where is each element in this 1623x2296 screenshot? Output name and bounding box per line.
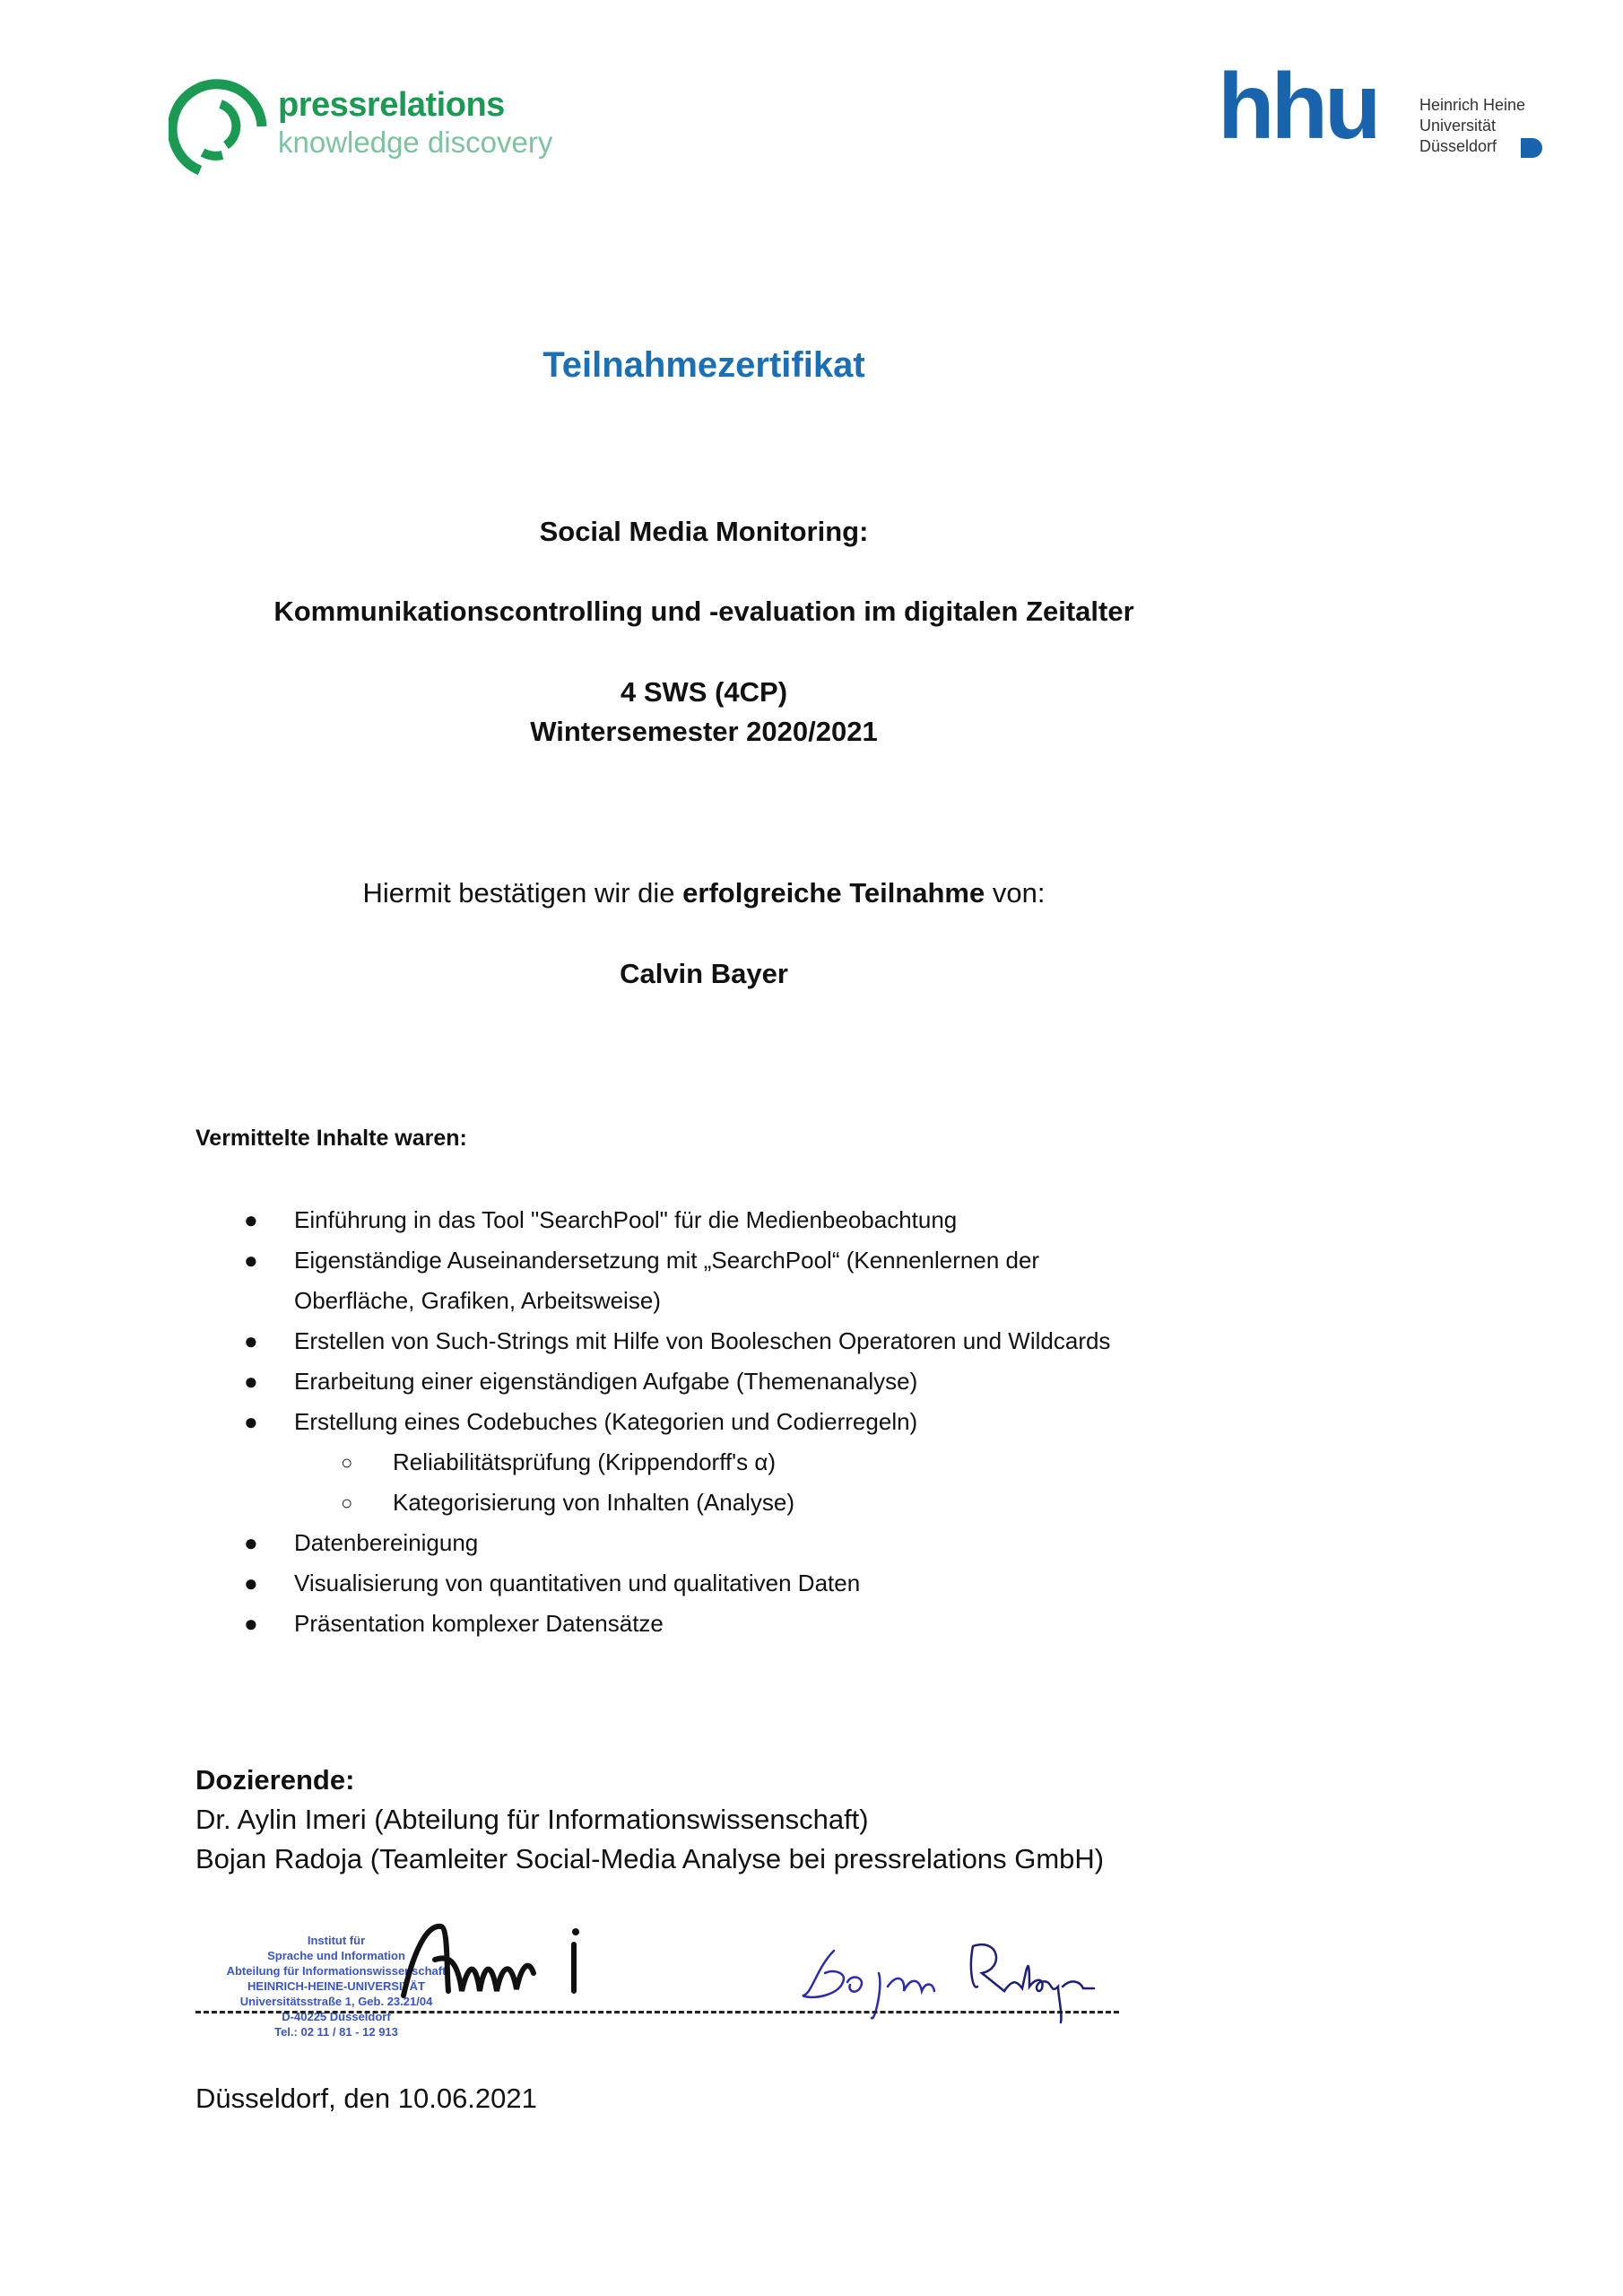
pressrelations-logo: pressrelations knowledge discovery <box>169 77 581 176</box>
certificate-title: Teilnahmezertifikat <box>0 345 1408 386</box>
hhu-logo: hhu Heinrich Heine Universität Düsseldor… <box>1218 79 1549 169</box>
list-item: Oberfläche, Grafiken, Arbeitsweise) <box>195 1281 1271 1321</box>
pressrelations-name: pressrelations <box>278 86 505 125</box>
circle-bullet-icon: ○ <box>341 1483 352 1523</box>
list-item: ○Kategorisierung von Inhalten (Analyse) <box>195 1483 1271 1523</box>
hhu-dot-icon <box>1521 138 1542 158</box>
lecturers-heading: Dozierende: <box>195 1764 354 1796</box>
list-item: ●Visualisierung von quantitativen und qu… <box>195 1563 1271 1604</box>
list-item: ●Erstellen von Such-Strings mit Hilfe vo… <box>195 1321 1271 1361</box>
contents-heading: Vermittelte Inhalte waren: <box>195 1126 467 1152</box>
list-item: ○Reliabilitätsprüfung (Krippendorff's α) <box>195 1442 1271 1483</box>
pressrelations-tagline: knowledge discovery <box>278 126 552 160</box>
place-date: Düsseldorf, den 10.06.2021 <box>195 2083 537 2115</box>
lecturer-imeri: Dr. Aylin Imeri (Abteilung für Informati… <box>195 1804 869 1836</box>
signature-imeri-icon <box>386 1919 619 2009</box>
circle-bullet-icon: ○ <box>341 1442 352 1483</box>
lecturer-radoja: Bojan Radoja (Teamleiter Social-Media An… <box>195 1843 1104 1875</box>
bullet-icon: ● <box>244 1200 258 1240</box>
course-subtitle: Kommunikationscontrolling und -evaluatio… <box>0 596 1408 628</box>
list-item: ●Erstellung eines Codebuches (Kategorien… <box>195 1402 1271 1442</box>
bullet-icon: ● <box>244 1523 258 1563</box>
list-item: ●Eigenständige Auseinandersetzung mit „S… <box>195 1240 1271 1281</box>
signature-line <box>195 2011 1119 2013</box>
list-item: ●Einführung in das Tool "SearchPool" für… <box>195 1200 1271 1240</box>
course-credits: 4 SWS (4CP) <box>0 676 1408 709</box>
bullet-icon: ● <box>244 1563 258 1604</box>
course-semester: Wintersemester 2020/2021 <box>0 716 1408 748</box>
list-item: ●Datenbereinigung <box>195 1523 1271 1563</box>
bullet-icon: ● <box>244 1321 258 1361</box>
bullet-icon: ● <box>244 1604 258 1644</box>
signature-radoja-icon <box>798 1933 1121 2031</box>
contents-list: ●Einführung in das Tool "SearchPool" für… <box>195 1200 1271 1644</box>
list-item: ●Erarbeitung einer eigenständigen Aufgab… <box>195 1361 1271 1402</box>
hhu-wordmark: hhu <box>1218 54 1378 161</box>
course-title: Social Media Monitoring: <box>0 516 1408 548</box>
pressrelations-arcs-icon <box>169 77 267 176</box>
bullet-icon: ● <box>244 1240 258 1281</box>
list-item: ●Präsentation komplexer Datensätze <box>195 1604 1271 1644</box>
bullet-icon: ● <box>244 1361 258 1402</box>
participant-name: Calvin Bayer <box>0 958 1408 990</box>
bullet-icon: ● <box>244 1402 258 1442</box>
confirmation-text: Hiermit bestätigen wir die erfolgreiche … <box>0 877 1408 909</box>
hhu-university-name: Heinrich Heine Universität Düsseldorf <box>1419 95 1525 157</box>
